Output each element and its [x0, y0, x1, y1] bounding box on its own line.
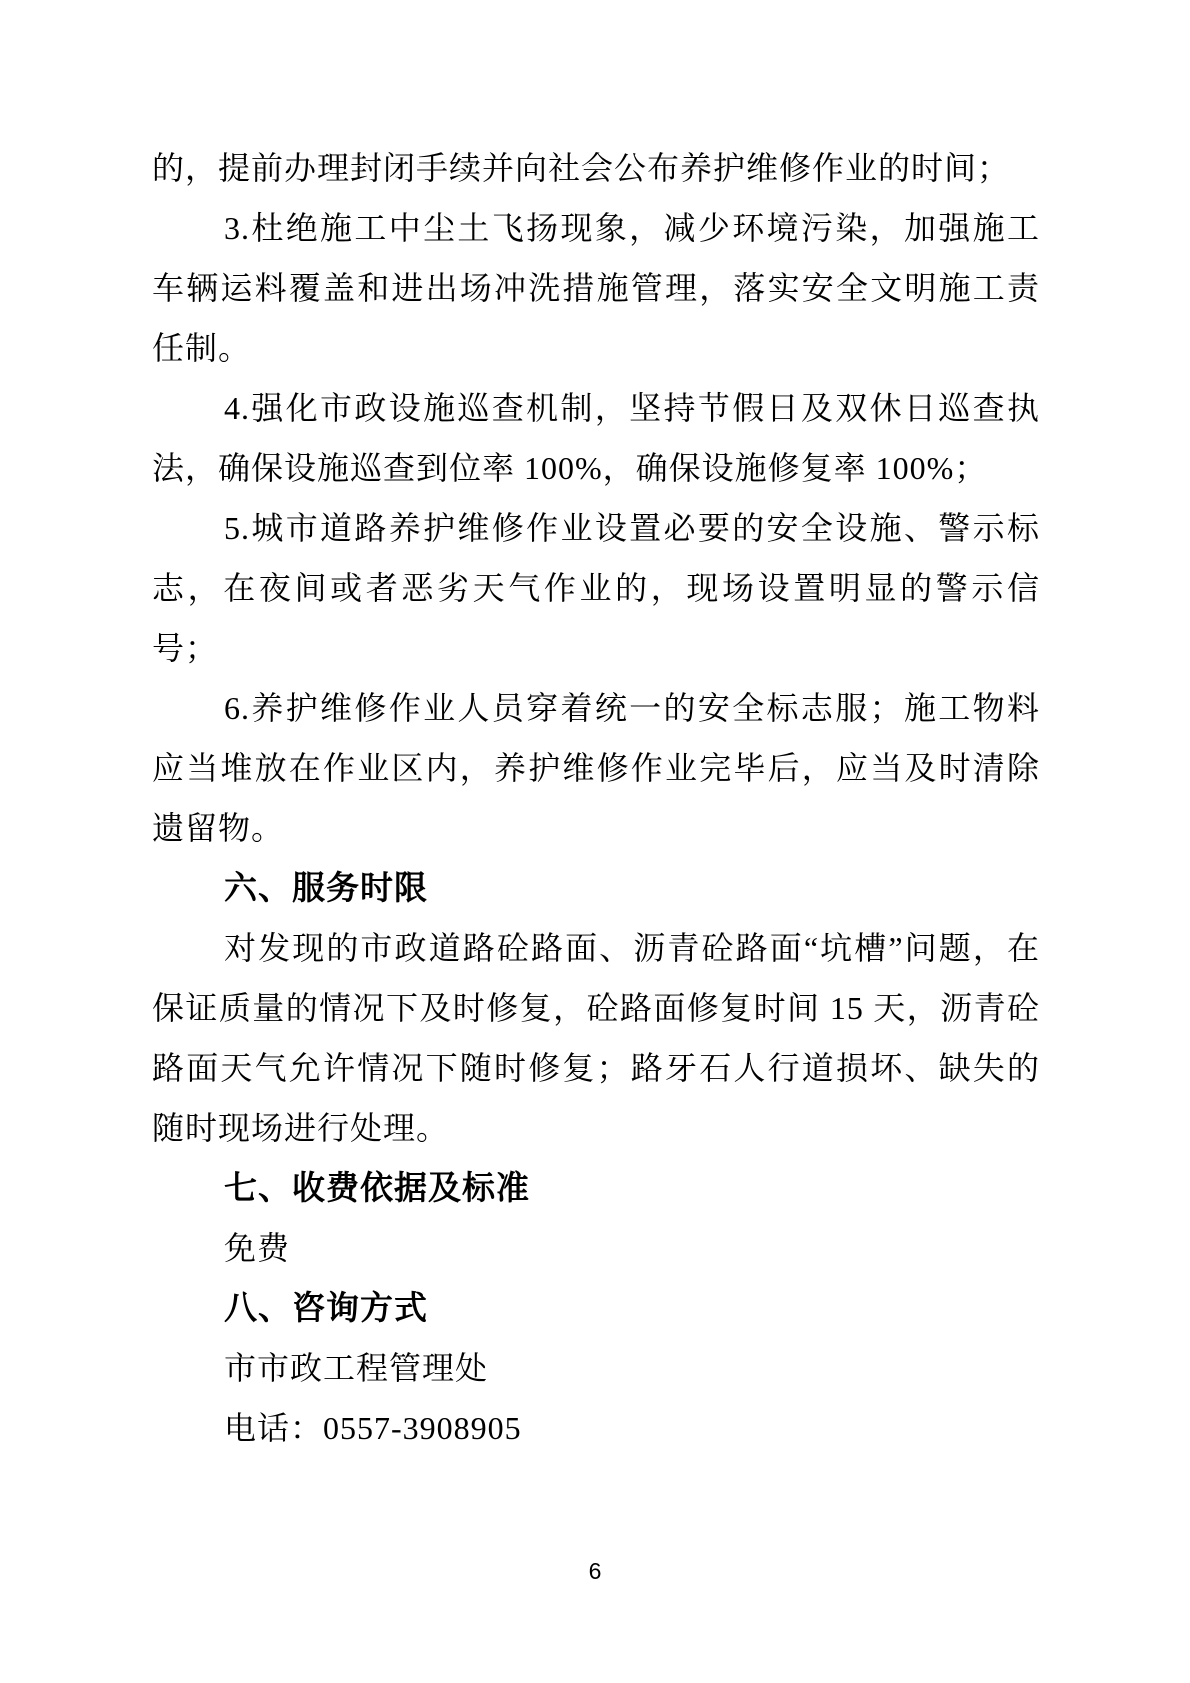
paragraph: 的，提前办理封闭手续并向社会公布养护维修作业的时间； — [152, 138, 1040, 198]
document-page: 的，提前办理封闭手续并向社会公布养护维修作业的时间；3.杜绝施工中尘土飞扬现象，… — [0, 0, 1190, 1683]
paragraph: 3.杜绝施工中尘土飞扬现象，减少环境污染，加强施工车辆运料覆盖和进出场冲洗措施管… — [152, 198, 1040, 378]
section-heading: 七、收费依据及标准 — [152, 1158, 1040, 1218]
paragraph: 6.养护维修作业人员穿着统一的安全标志服；施工物料应当堆放在作业区内，养护维修作… — [152, 678, 1040, 858]
section-heading: 六、服务时限 — [152, 858, 1040, 918]
page-number: 6 — [0, 1556, 1190, 1586]
paragraph: 免费 — [152, 1218, 1040, 1278]
paragraph: 5.城市道路养护维修作业设置必要的安全设施、警示标志，在夜间或者恶劣天气作业的，… — [152, 498, 1040, 678]
section-heading: 八、咨询方式 — [152, 1278, 1040, 1338]
paragraph: 对发现的市政道路砼路面、沥青砼路面“坑槽”问题，在保证质量的情况下及时修复，砼路… — [152, 918, 1040, 1158]
paragraph: 市市政工程管理处 — [152, 1338, 1040, 1398]
paragraph: 电话：0557-3908905 — [152, 1398, 1040, 1458]
paragraph: 4.强化市政设施巡查机制，坚持节假日及双休日巡查执法，确保设施巡查到位率 100… — [152, 378, 1040, 498]
document-body: 的，提前办理封闭手续并向社会公布养护维修作业的时间；3.杜绝施工中尘土飞扬现象，… — [152, 138, 1040, 1458]
